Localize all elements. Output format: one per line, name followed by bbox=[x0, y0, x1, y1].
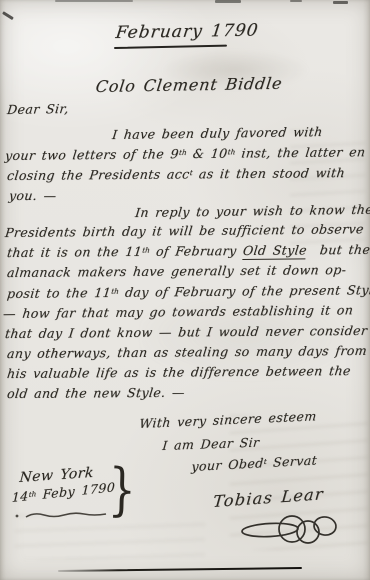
closing-line: I am Dear Sir bbox=[162, 435, 260, 453]
line-text: 14 bbox=[11, 488, 28, 505]
underlined-phrase: Old Style bbox=[242, 242, 308, 260]
signature: Tobias Lear bbox=[212, 484, 324, 511]
closing-line: your Obedt Servat bbox=[191, 452, 318, 474]
body-line: any otherways, than as stealing so many … bbox=[6, 343, 368, 361]
line-text: that it is on the 11 bbox=[6, 244, 143, 260]
dateline-brace: } bbox=[108, 456, 137, 523]
line-text: & 10 bbox=[186, 146, 229, 161]
line-text: of February bbox=[149, 243, 244, 259]
body-line: that day I dont know — but I would never… bbox=[4, 323, 370, 341]
body-line: — how far that may go towards establishi… bbox=[2, 302, 354, 321]
line-text: as it then stood with bbox=[192, 165, 346, 181]
line-text: but the bbox=[319, 242, 370, 257]
body-line: almanack makers have generally set it do… bbox=[6, 262, 347, 280]
body-line: closing the Presidents acct as it then s… bbox=[6, 165, 346, 183]
line-text: inst, the latter en bbox=[234, 144, 366, 160]
dateline-squiggle bbox=[14, 509, 110, 521]
closing-line: With very sincere esteem bbox=[139, 408, 317, 431]
salutation: Dear Sir, bbox=[6, 101, 69, 117]
line-text: posit to the 11 bbox=[6, 285, 112, 301]
scan-edge-artifact bbox=[215, 0, 241, 3]
date-heading: February 1790 bbox=[115, 21, 260, 43]
body-line: that it is on the 11th of February Old S… bbox=[6, 242, 370, 260]
line-text: your Obed bbox=[191, 455, 264, 474]
bottom-rule bbox=[58, 567, 302, 572]
scan-edge-artifact bbox=[2, 11, 14, 19]
body-line: your two letters of the 9th & 10th inst,… bbox=[4, 144, 366, 163]
body-line: posit to the 11th day of February of the… bbox=[6, 282, 370, 301]
signature-flourish bbox=[240, 514, 340, 550]
line-text: your two letters of the 9 bbox=[4, 146, 179, 163]
line-text: closing the Presidents acc bbox=[6, 166, 190, 183]
line-text: Servat bbox=[266, 452, 318, 470]
letter-scan-page: February 1790 Colo Clement Biddle Dear S… bbox=[0, 0, 370, 580]
body-line: In reply to your wish to know the bbox=[134, 202, 370, 220]
line-text: day of February of the present Style bbox=[118, 282, 370, 300]
body-line: his valuable life as is the difference b… bbox=[6, 363, 351, 381]
scan-edge-artifact bbox=[333, 1, 348, 4]
recipient-line: Colo Clement Biddle bbox=[95, 74, 284, 96]
date-heading-underline bbox=[114, 45, 227, 49]
scan-edge-artifact bbox=[55, 0, 133, 2]
body-line: old and the new Style. — bbox=[6, 385, 186, 401]
scan-edge-artifact bbox=[290, 0, 302, 2]
body-line: you. — bbox=[8, 188, 57, 203]
body-line: I have been duly favored with bbox=[111, 124, 323, 142]
body-line: Presidents birth day it will be sufficie… bbox=[4, 221, 364, 240]
